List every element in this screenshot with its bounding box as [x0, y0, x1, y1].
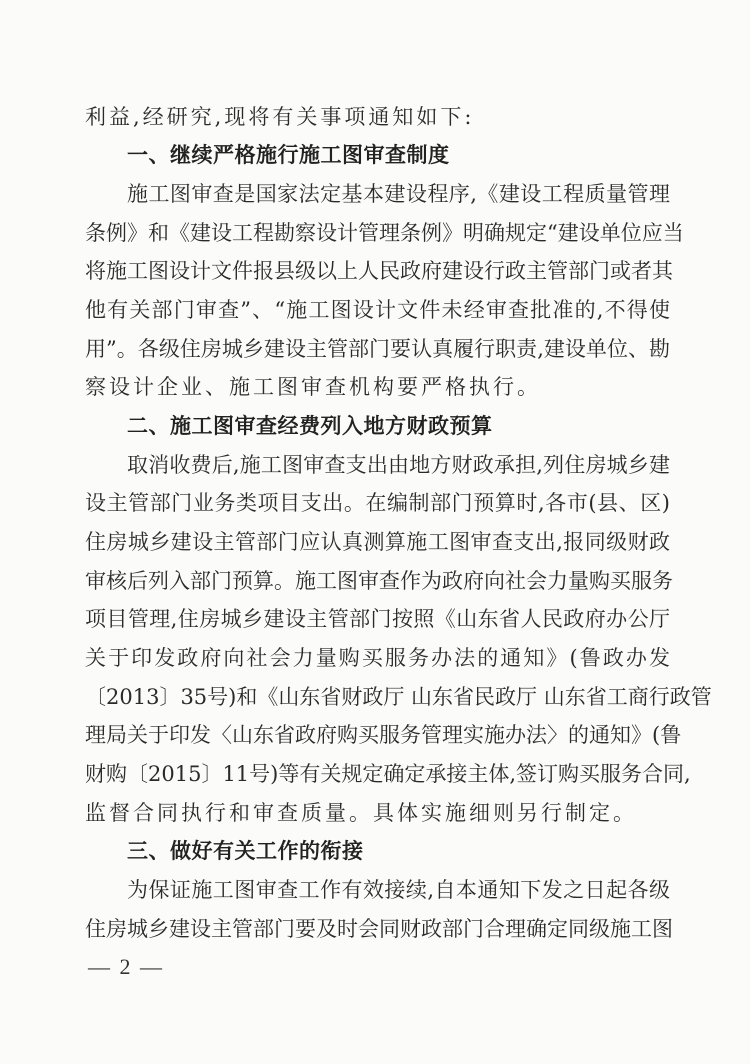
body-line: 利益,经研究,现将有关事项通知如下:	[85, 98, 670, 136]
body-line: 关于印发政府向社会力量购买服务办法的通知》(鲁政办发	[85, 639, 670, 677]
section-heading-2: 二、施工图审查经费列入地方财政预算	[127, 407, 670, 445]
body-line: 条例》和《建设工程勘察设计管理条例》明确规定“建设单位应当	[85, 214, 670, 252]
section-heading-3: 三、做好有关工作的衔接	[127, 832, 670, 870]
page-number: — 2 —	[88, 954, 164, 980]
body-line: 项目管理,住房城乡建设主管部门按照《山东省人民政府办公厅	[85, 600, 670, 638]
body-line: 住房城乡建设主管部门要及时会同财政部门合理确定同级施工图	[85, 910, 670, 948]
body-line: 他有关部门审查”、“施工图设计文件未经审查批准的,不得使	[85, 291, 670, 329]
body-line: 为保证施工图审查工作有效接续,自本通知下发之日起各级	[127, 871, 670, 909]
body-line: 监督合同执行和审查质量。具体实施细则另行制定。	[85, 794, 670, 832]
document-page: 利益,经研究,现将有关事项通知如下: 一、继续严格施行施工图审查制度 施工图审查…	[0, 0, 750, 1064]
body-line: 理局关于印发〈山东省政府购买服务管理实施办法〉的通知》(鲁	[85, 716, 670, 754]
body-line: 察设计企业、施工图审查机构要严格执行。	[85, 368, 670, 406]
body-line: 施工图审查是国家法定基本建设程序,《建设工程质量管理	[127, 175, 670, 213]
body-line: 将施工图设计文件报县级以上人民政府建设行政主管部门或者其	[85, 252, 670, 290]
body-line: 〔2013〕35号)和《山东省财政厅 山东省民政厅 山东省工商行政管	[85, 678, 670, 716]
section-heading-1: 一、继续严格施行施工图审查制度	[127, 136, 670, 174]
body-line: 取消收费后,施工图审查支出由地方财政承担,列住房城乡建	[127, 446, 670, 484]
body-line: 设主管部门业务类项目支出。在编制部门预算时,各市(县、区)	[85, 484, 670, 522]
body-line: 财购〔2015〕11号)等有关规定确定承接主体,签订购买服务合同,	[85, 755, 670, 793]
body-line: 审核后列入部门预算。施工图审查作为政府向社会力量购买服务	[85, 562, 670, 600]
body-line: 用”。各级住房城乡建设主管部门要认真履行职责,建设单位、勘	[85, 330, 670, 368]
body-line: 住房城乡建设主管部门应认真测算施工图审查支出,报同级财政	[85, 523, 670, 561]
